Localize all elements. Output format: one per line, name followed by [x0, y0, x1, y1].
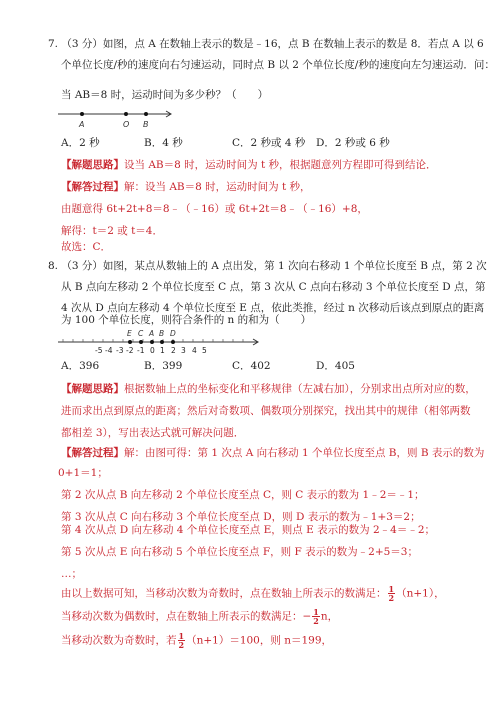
fraction-one-half: 12	[178, 632, 186, 649]
q8-solution-idea-3: 都相差 3），写出表达式就可解决问题．	[61, 426, 244, 440]
q8-solution-idea-1: 【解题思路】根据数轴上点的坐标变化和平移规律（左减右加），分别求出点所对应的数，	[61, 382, 476, 396]
tick-label: 1	[160, 346, 165, 355]
tick-label: 5	[202, 346, 207, 355]
q8-odd-rule-expr: （n+1），	[396, 588, 445, 600]
q7-idea-tag: 【解题思路】	[61, 159, 124, 171]
tick-label: 0	[150, 346, 155, 355]
point-label-D: D	[170, 329, 176, 338]
point-label-A: A	[78, 120, 84, 129]
tick-label: -5	[95, 346, 103, 355]
q8-idea-tag: 【解题思路】	[61, 383, 124, 395]
q8-odd-solve-text: 当移动次数为奇数时，若	[61, 635, 177, 647]
tick-label: -1	[137, 346, 145, 355]
q8-even-rule-text: 当移动次数为偶数时，点在数轴上所表示的数满足：−	[61, 611, 311, 623]
q8-process-line-10: 当移动次数为奇数时，若12（n+1）＝100，则 n＝199，	[61, 632, 332, 649]
q7-number-line-figure: A O B	[58, 108, 178, 130]
q8-option-b: B．399	[144, 359, 182, 373]
q7-proc-text: 解：设当 AB＝8 时，运动时间为 t 秒，	[124, 181, 311, 193]
q8-option-c: C．402	[232, 359, 271, 373]
point-label-B: B	[143, 120, 149, 129]
point-label-A: A	[148, 329, 154, 338]
q7-solution-idea: 【解题思路】设当 AB＝8 时，运动时间为 t 秒，根据题意列方程即可得到结论．	[61, 158, 437, 172]
q8-odd-rule-text: 由以上数据可知，当移动次数为奇数时，点在数轴上所表示的数满足：	[61, 588, 387, 600]
q7-step-2: 解得：t＝2 或 t＝4．	[61, 224, 163, 238]
q8-stem-line-2: 从 B 点向左移动 2 个单位长度至 C 点，第 3 次从 C 点向右移动 3 …	[61, 280, 485, 294]
tick-label: 3	[181, 346, 186, 355]
q8-odd-solve-expr: （n+1）＝100，则 n＝199，	[186, 635, 332, 647]
q8-proc-text-1: 解：由图可得：第 1 次点 A 向右移动 1 个单位长度至点 B，则 B 表示的…	[124, 447, 484, 459]
q8-process-line-2: 0+1＝1；	[58, 466, 108, 480]
q8-solution-idea-2: 进而求出点到原点的距离；然后对奇数项、偶数项分别探究，找出其中的规律（相邻两数	[61, 404, 471, 418]
q8-proc-tag: 【解答过程】	[61, 447, 124, 459]
q7-option-c: C．2 秒或 4 秒	[232, 136, 305, 150]
fraction-one-half: 12	[312, 608, 320, 625]
q8-stem-line-1: 8. （3 分）如图，某点从数轴上的 A 点出发，第 1 次向右移动 1 个单位…	[48, 259, 487, 273]
q8-process-line-7: …；	[61, 567, 82, 581]
tick-label: 2	[171, 346, 176, 355]
q7-option-b: B．4 秒	[144, 136, 183, 150]
q8-process-line-6: 第 5 次从点 E 向右移动 5 个单位长度至点 F，则 F 表示的数为﹣2+5…	[61, 545, 418, 559]
q8-process-line-3: 第 2 次从点 B 向左移动 2 个单位长度至点 C，则 C 表示的数为 1﹣2…	[61, 488, 425, 502]
tick-label: -2	[126, 346, 134, 355]
fraction-one-half: 12	[388, 585, 396, 602]
q8-option-a: A．396	[61, 359, 99, 373]
tick-label: -3	[116, 346, 124, 355]
q8-number: 8.	[48, 260, 58, 272]
q8-process-line-9: 当移动次数为偶数时，点在数轴上所表示的数满足：−12n，	[61, 608, 338, 625]
q8-idea-text-1: 根据数轴上点的坐标变化和平移规律（左减右加），分别求出点所对应的数，	[124, 383, 476, 395]
tick-label: 4	[192, 346, 197, 355]
q8-even-rule-expr: n，	[321, 611, 338, 623]
q7-solution-process: 【解答过程】解：设当 AB＝8 时，运动时间为 t 秒，	[61, 180, 311, 194]
q7-proc-tag: 【解答过程】	[61, 181, 124, 193]
q7-number: 7.	[48, 38, 58, 50]
q7-stem-line-1: 7. （3 分）如图，点 A 在数轴上表示的数是﹣16，点 B 在数轴上表示的数…	[48, 37, 484, 51]
q8-process-line-4: 第 3 次从点 C 向右移动 3 个单位长度至点 D，则 D 表示的数为﹣1+3…	[61, 510, 421, 524]
point-label-C: C	[138, 329, 144, 338]
q8-stem-text-1: 如图，某点从数轴上的 A 点出发，第 1 次向右移动 1 个单位长度至 B 点，…	[103, 260, 487, 272]
q8-option-d: D．405	[316, 359, 355, 373]
q7-score: （3 分）	[61, 38, 103, 50]
q7-stem-line-2: 个单位长度/秒的速度向右匀速运动，同时点 B 以 2 个单位长度/秒的速度向左匀…	[61, 58, 495, 72]
q7-option-a: A．2 秒	[61, 136, 100, 150]
point-label-E: E	[127, 329, 132, 338]
q7-stem-text-1: 如图，点 A 在数轴上表示的数是﹣16，点 B 在数轴上表示的数是 8．若点 A…	[103, 38, 484, 50]
point-label-O: O	[123, 120, 129, 129]
q8-score: （3 分）	[61, 260, 103, 272]
q7-answer: 故选：C．	[61, 240, 111, 254]
q8-stem-line-4: 为 100 个单位长度，则符合条件的 n 的和为（ ）	[61, 313, 311, 327]
q7-idea-text: 设当 AB＝8 时，运动时间为 t 秒，根据题意列方程即可得到结论．	[124, 159, 437, 171]
q7-step-1: 由题意得 6t+2t+8＝8﹣（﹣16）或 6t+2t＝8﹣（﹣16）+8，	[61, 202, 368, 216]
q7-option-d: D．2 秒或 6 秒	[316, 136, 390, 150]
q8-process-line-8: 由以上数据可知，当移动次数为奇数时，点在数轴上所表示的数满足：12（n+1），	[61, 585, 445, 602]
q8-solution-process-1: 【解答过程】解：由图可得：第 1 次点 A 向右移动 1 个单位长度至点 B，则…	[61, 446, 484, 460]
q8-process-line-5: 第 4 次从点 D 向左移动 4 个单位长度至点 E，则点 E 表示的数为 2﹣…	[61, 523, 435, 537]
q7-stem-line-3: 当 AB＝8 时，运动时间为多少秒？（ ）	[61, 88, 268, 102]
tick-label: -4	[105, 346, 113, 355]
point-label-B: B	[159, 329, 164, 338]
